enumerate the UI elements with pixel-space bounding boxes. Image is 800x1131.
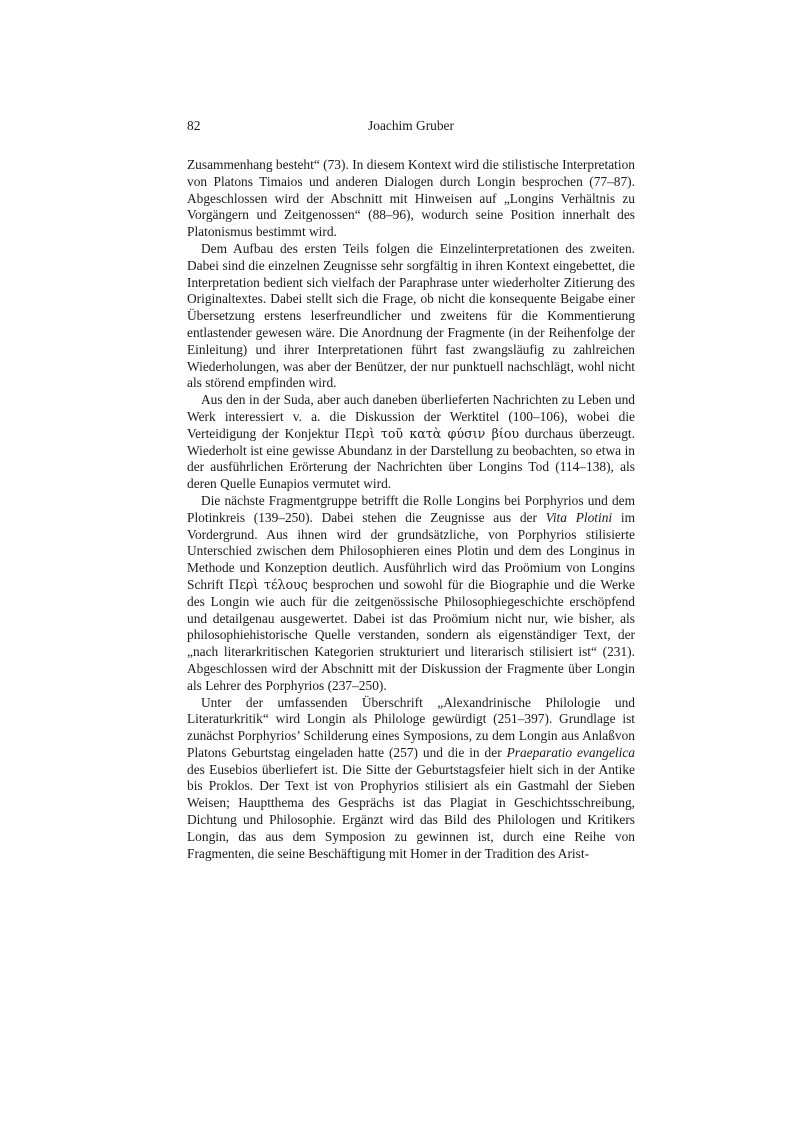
italic-title: Vita Plotini (546, 510, 613, 525)
text-run: besprochen und sowohl für die Biographie… (187, 577, 635, 693)
text-run: Dem Aufbau des ersten Teils folgen die E… (187, 241, 635, 390)
running-head-author: Joachim Gruber (187, 118, 635, 135)
greek-title: Περὶ τέλους (228, 577, 307, 592)
italic-title: Praeparatio evangelica (507, 745, 635, 760)
paragraph: Unter der umfassenden Überschrift „Alexa… (187, 695, 635, 863)
paragraph: Dem Aufbau des ersten Teils folgen die E… (187, 241, 635, 392)
running-header: 82 Joachim Gruber (187, 118, 635, 135)
paragraph: Die nächste Fragmentgruppe betrifft die … (187, 493, 635, 695)
text-run: Zusammenhang besteht“ (73). In diesem Ko… (187, 157, 635, 239)
paragraph: Aus den in der Suda, aber auch daneben ü… (187, 392, 635, 493)
document-page: 82 Joachim Gruber Zusammenhang besteht“ … (187, 118, 635, 862)
body-text: Zusammenhang besteht“ (73). In diesem Ko… (187, 157, 635, 862)
text-run: des Eusebios überliefert ist. Die Sitte … (187, 762, 635, 861)
paragraph: Zusammenhang besteht“ (73). In diesem Ko… (187, 157, 635, 241)
greek-title: Περὶ τοῦ κατὰ φύσιν βίου (345, 426, 519, 441)
